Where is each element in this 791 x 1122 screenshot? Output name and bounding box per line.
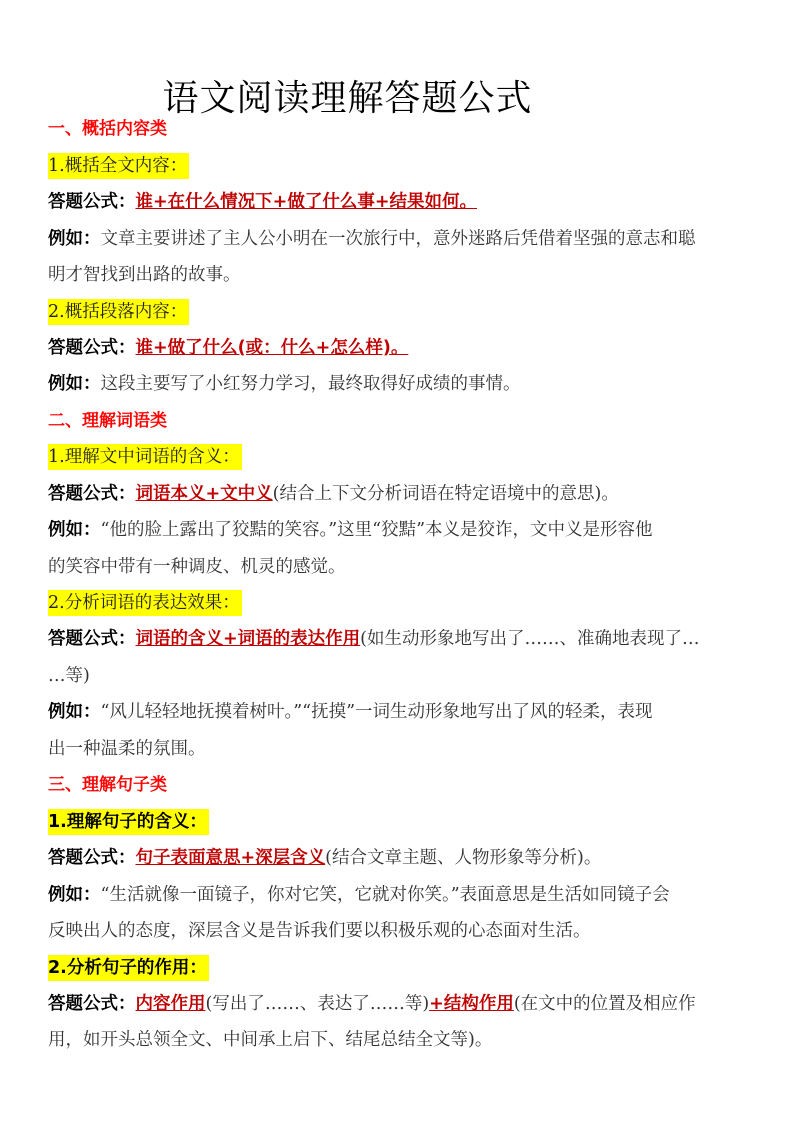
formula: 内容作用 <box>136 994 206 1014</box>
page-title: 语文阅读理解答题公式 <box>0 70 695 121</box>
formula-label: 答题公式： <box>48 848 136 868</box>
section-heading: 三、理解句子类 <box>48 774 167 796</box>
subheading: 1.理解文中词语的含义： <box>48 444 242 470</box>
subheading: 1.概括全文内容： <box>48 153 189 179</box>
example-text: “他的脸上露出了狡黠的笑容。”这里“狡黠”本义是狡诈，文中义是形容他 <box>101 520 653 540</box>
example-text: “风儿轻轻地抚摸着树叶。”“抚摸”一词生动形象地写出了风的轻柔，表现 <box>101 702 653 722</box>
formula-label: 答题公式： <box>48 338 136 358</box>
subheading: 1.理解句子的含义： <box>48 809 209 835</box>
example-text: 出一种温柔的氛围。 <box>48 739 206 759</box>
formula-note: (结合上下文分析词语在特定语境中的意思)。 <box>273 484 619 504</box>
subheading: 2.概括段落内容： <box>48 299 189 325</box>
example-label: 例如： <box>48 520 101 540</box>
formula-label: 答题公式： <box>48 484 136 504</box>
example-text: 反映出人的态度，深层含义是告诉我们要以积极乐观的心态面对生活。 <box>48 921 591 941</box>
example-label: 例如： <box>48 702 101 722</box>
formula-note: (在文中的位置及相应作 <box>514 994 696 1014</box>
example-label: 例如： <box>48 374 101 394</box>
formula-note: (如生动形象地写出了……、准确地表现了… <box>360 629 699 649</box>
example-label: 例如： <box>48 885 101 905</box>
formula-label: 答题公式： <box>48 192 136 212</box>
formula: 句子表面意思+深层含义 <box>136 848 326 868</box>
section-heading: 一、概括内容类 <box>48 118 167 140</box>
formula-note: 用，如开头总领全文、中间承上启下、结尾总结全文等)。 <box>48 1030 492 1050</box>
subheading: 2.分析词语的表达效果： <box>48 590 242 616</box>
formula: +结构作用 <box>429 994 514 1014</box>
formula-label: 答题公式： <box>48 994 136 1014</box>
example-label: 例如： <box>48 229 101 249</box>
formula: 词语本义+文中义 <box>136 484 273 504</box>
formula: 谁+在什么情况下+做了什么事+结果如何。 <box>136 192 478 212</box>
formula-label: 答题公式： <box>48 629 136 649</box>
formula-note: …等) <box>48 666 90 686</box>
example-text: 文章主要讲述了主人公小明在一次旅行中，意外迷路后凭借着坚强的意志和聪 <box>101 229 696 249</box>
example-text: 明才智找到出路的故事。 <box>48 265 241 285</box>
formula-note: (结合文章主题、人物形象等分析)。 <box>325 848 601 868</box>
section-heading: 二、理解词语类 <box>48 410 167 432</box>
formula: 谁+做了什么(或：什么+怎么样)。 <box>136 338 409 358</box>
example-text: 的笑容中带有一种调皮、机灵的感觉。 <box>48 557 346 577</box>
subheading: 2.分析句子的作用： <box>48 955 209 981</box>
formula: 词语的含义+词语的表达作用 <box>136 629 361 649</box>
formula-note: (写出了……、表达了……等) <box>206 994 430 1014</box>
example-text: 这段主要写了小红努力学习，最终取得好成绩的事情。 <box>101 374 521 394</box>
example-text: “生活就像一面镜子，你对它笑，它就对你笑。”表面意思是生活如同镜子会 <box>101 885 670 905</box>
